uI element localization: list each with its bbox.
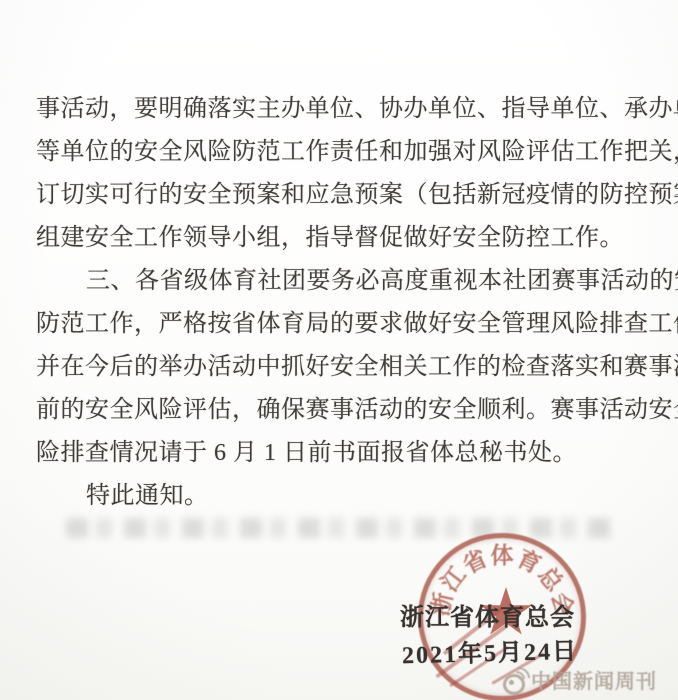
document-line: 等单位的安全风险防范工作责任和加强对风险评估工作把关，制: [36, 131, 648, 174]
document-line: 三、各省级体育社团要务必高度重视本社团赛事活动的安全: [36, 260, 648, 303]
scanned-notice-page: 事活动，要明确落实主办单位、协办单位、指导单位、承办单位等单位的安全风险防范工作…: [0, 0, 678, 700]
seal-arc-char: 体: [489, 543, 515, 569]
signature-org: 浙江省体育总会: [400, 597, 575, 632]
document-line: 事活动，要明确落实主办单位、协办单位、指导单位、承办单位: [36, 88, 648, 131]
document-line: 险排查情况请于 6 月 1 日前书面报省体总秘书处。: [36, 432, 648, 475]
notice-body: 事活动，要明确落实主办单位、协办单位、指导单位、承办单位等单位的安全风险防范工作…: [36, 88, 648, 518]
document-line: 特此通知。: [36, 475, 648, 518]
source-watermark: 中国新闻周刊: [502, 665, 657, 694]
document-line: 前的安全风险评估，确保赛事活动的安全顺利。赛事活动安全风: [36, 389, 648, 432]
document-line: 订切实可行的安全预案和应急预案（包括新冠疫情的防控预案），: [36, 174, 648, 217]
weibo-icon: [502, 669, 526, 691]
document-line: 并在今后的举办活动中抓好安全相关工作的检查落实和赛事活动: [36, 346, 648, 389]
document-line: 组建安全工作领导小组，指导督促做好安全防控工作。: [36, 217, 648, 260]
document-line: 防范工作，严格按省体育局的要求做好安全管理风险排查工作，: [36, 303, 648, 346]
source-watermark-label: 中国新闻周刊: [531, 665, 657, 694]
